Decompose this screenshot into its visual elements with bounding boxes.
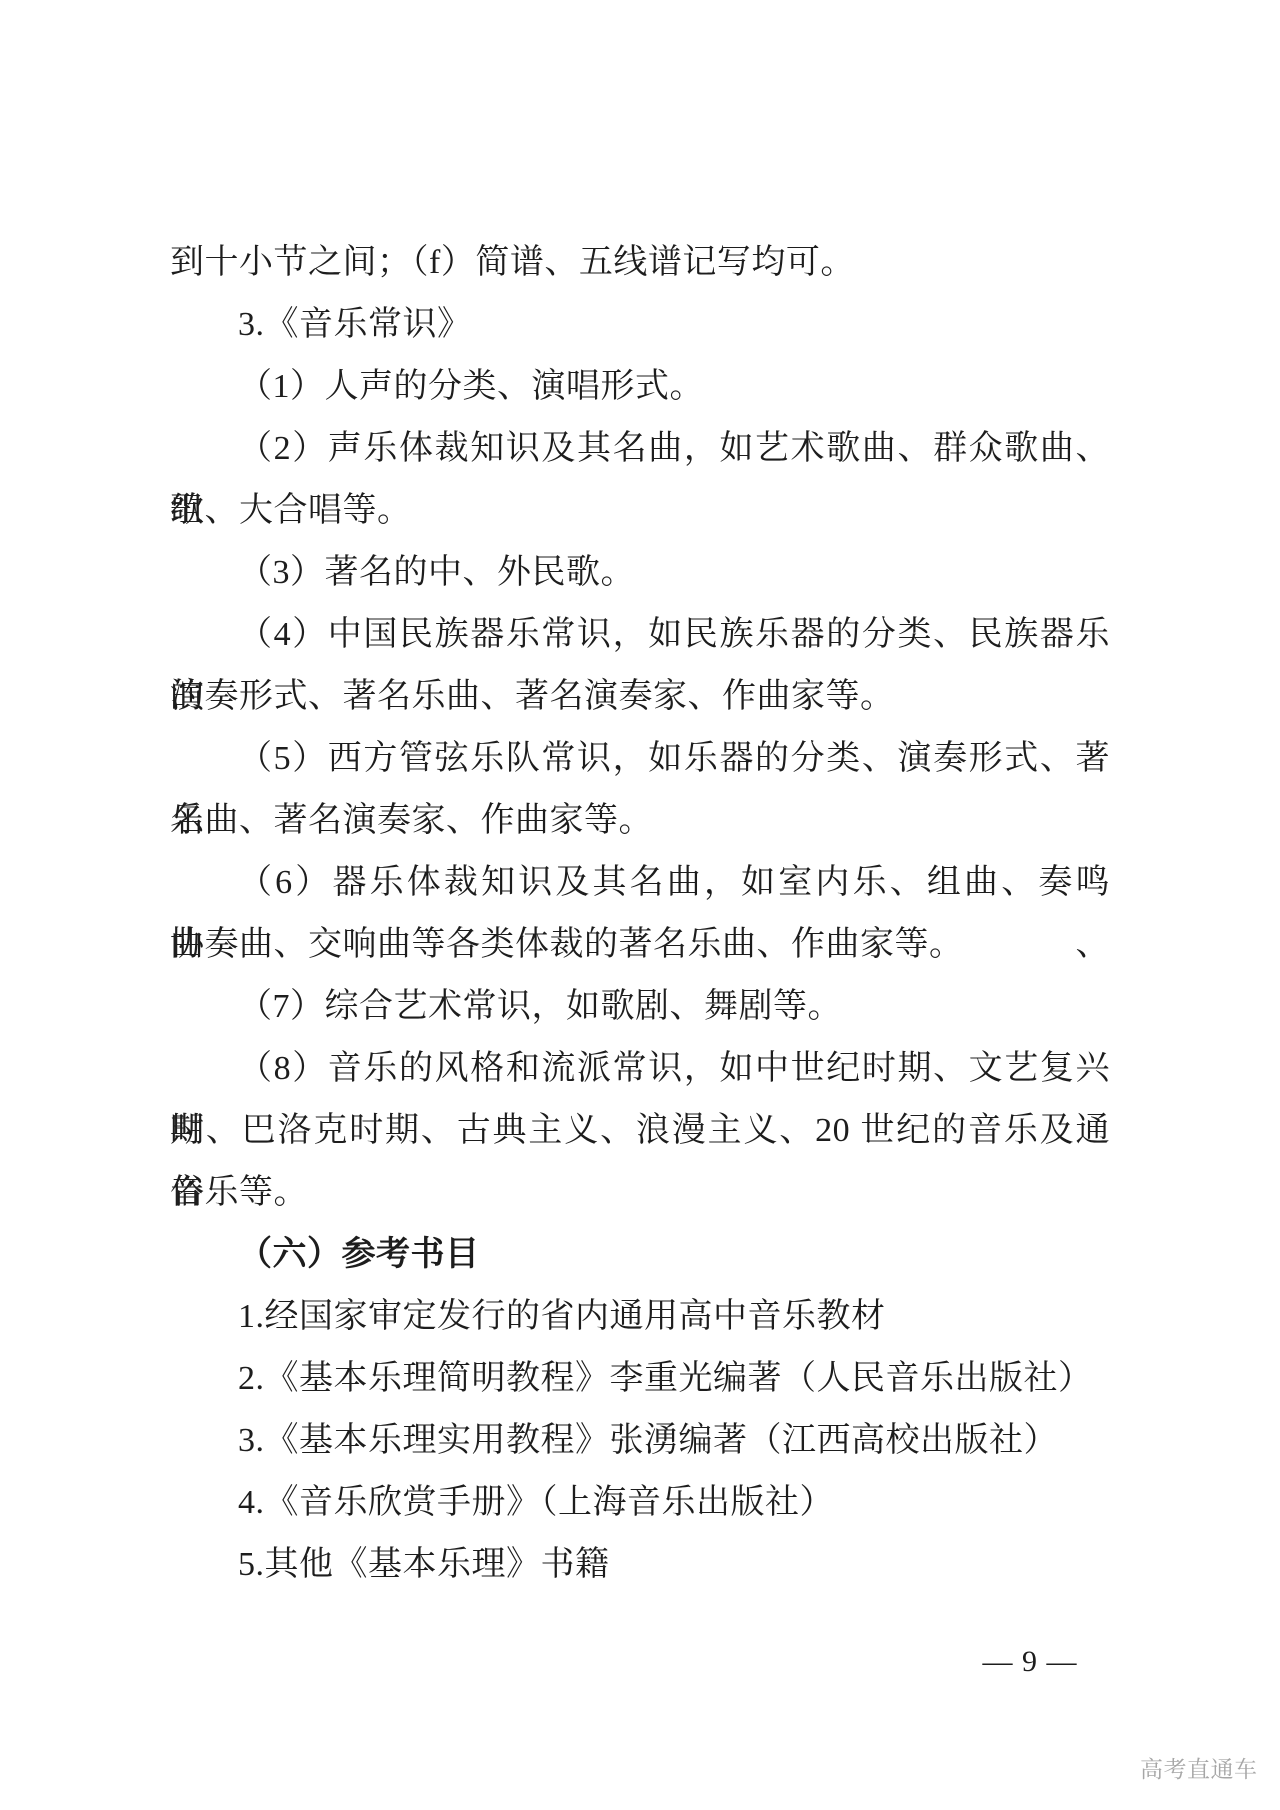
text-line: （2）声乐体裁知识及其名曲，如艺术歌曲、群众歌曲、组 [170, 418, 1110, 480]
text-line: 期、巴洛克时期、古典主义、浪漫主义、20 世纪的音乐及通俗 [170, 1100, 1110, 1162]
text-line: 到十小节之间；（f）简谱、五线谱记写均可。 [170, 232, 1110, 294]
text-line: （7）综合艺术常识，如歌剧、舞剧等。 [170, 976, 1110, 1038]
text-line: 乐曲、著名演奏家、作曲家等。 [170, 790, 1110, 852]
text-line: （8）音乐的风格和流派常识，如中世纪时期、文艺复兴时 [170, 1038, 1110, 1100]
text-line: 5.其他《基本乐理》书籍 [170, 1534, 1110, 1596]
text-line: （4）中国民族器乐常识，如民族乐器的分类、民族器乐的 [170, 604, 1110, 666]
text-line: 3.《音乐常识》 [170, 294, 1110, 356]
text-line: 音乐等。 [170, 1162, 1110, 1224]
text-line: （3）著名的中、外民歌。 [170, 542, 1110, 604]
text-line: 3.《基本乐理实用教程》张湧编著（江西高校出版社） [170, 1410, 1110, 1472]
section-heading: （六）参考书目 [170, 1224, 1110, 1286]
text-line: 歌、大合唱等。 [170, 480, 1110, 542]
text-line: 2.《基本乐理简明教程》李重光编著（人民音乐出版社） [170, 1348, 1110, 1410]
text-line: （5）西方管弦乐队常识，如乐器的分类、演奏形式、著名 [170, 728, 1110, 790]
text-line: 演奏形式、著名乐曲、著名演奏家、作曲家等。 [170, 666, 1110, 728]
text-line: 4.《音乐欣赏手册》（上海音乐出版社） [170, 1472, 1110, 1534]
page-number: — 9 — [955, 1645, 1105, 1679]
text-line: 1.经国家审定发行的省内通用高中音乐教材 [170, 1286, 1110, 1348]
document-page: 到十小节之间；（f）简谱、五线谱记写均可。 3.《音乐常识》 （1）人声的分类、… [0, 0, 1280, 1810]
text-line: （6）器乐体裁知识及其名曲，如室内乐、组曲、奏鸣曲、 [170, 852, 1110, 914]
text-line: （1）人声的分类、演唱形式。 [170, 356, 1110, 418]
watermark: 高考直通车 [1140, 1751, 1258, 1784]
document-body: 到十小节之间；（f）简谱、五线谱记写均可。 3.《音乐常识》 （1）人声的分类、… [170, 232, 1110, 1596]
